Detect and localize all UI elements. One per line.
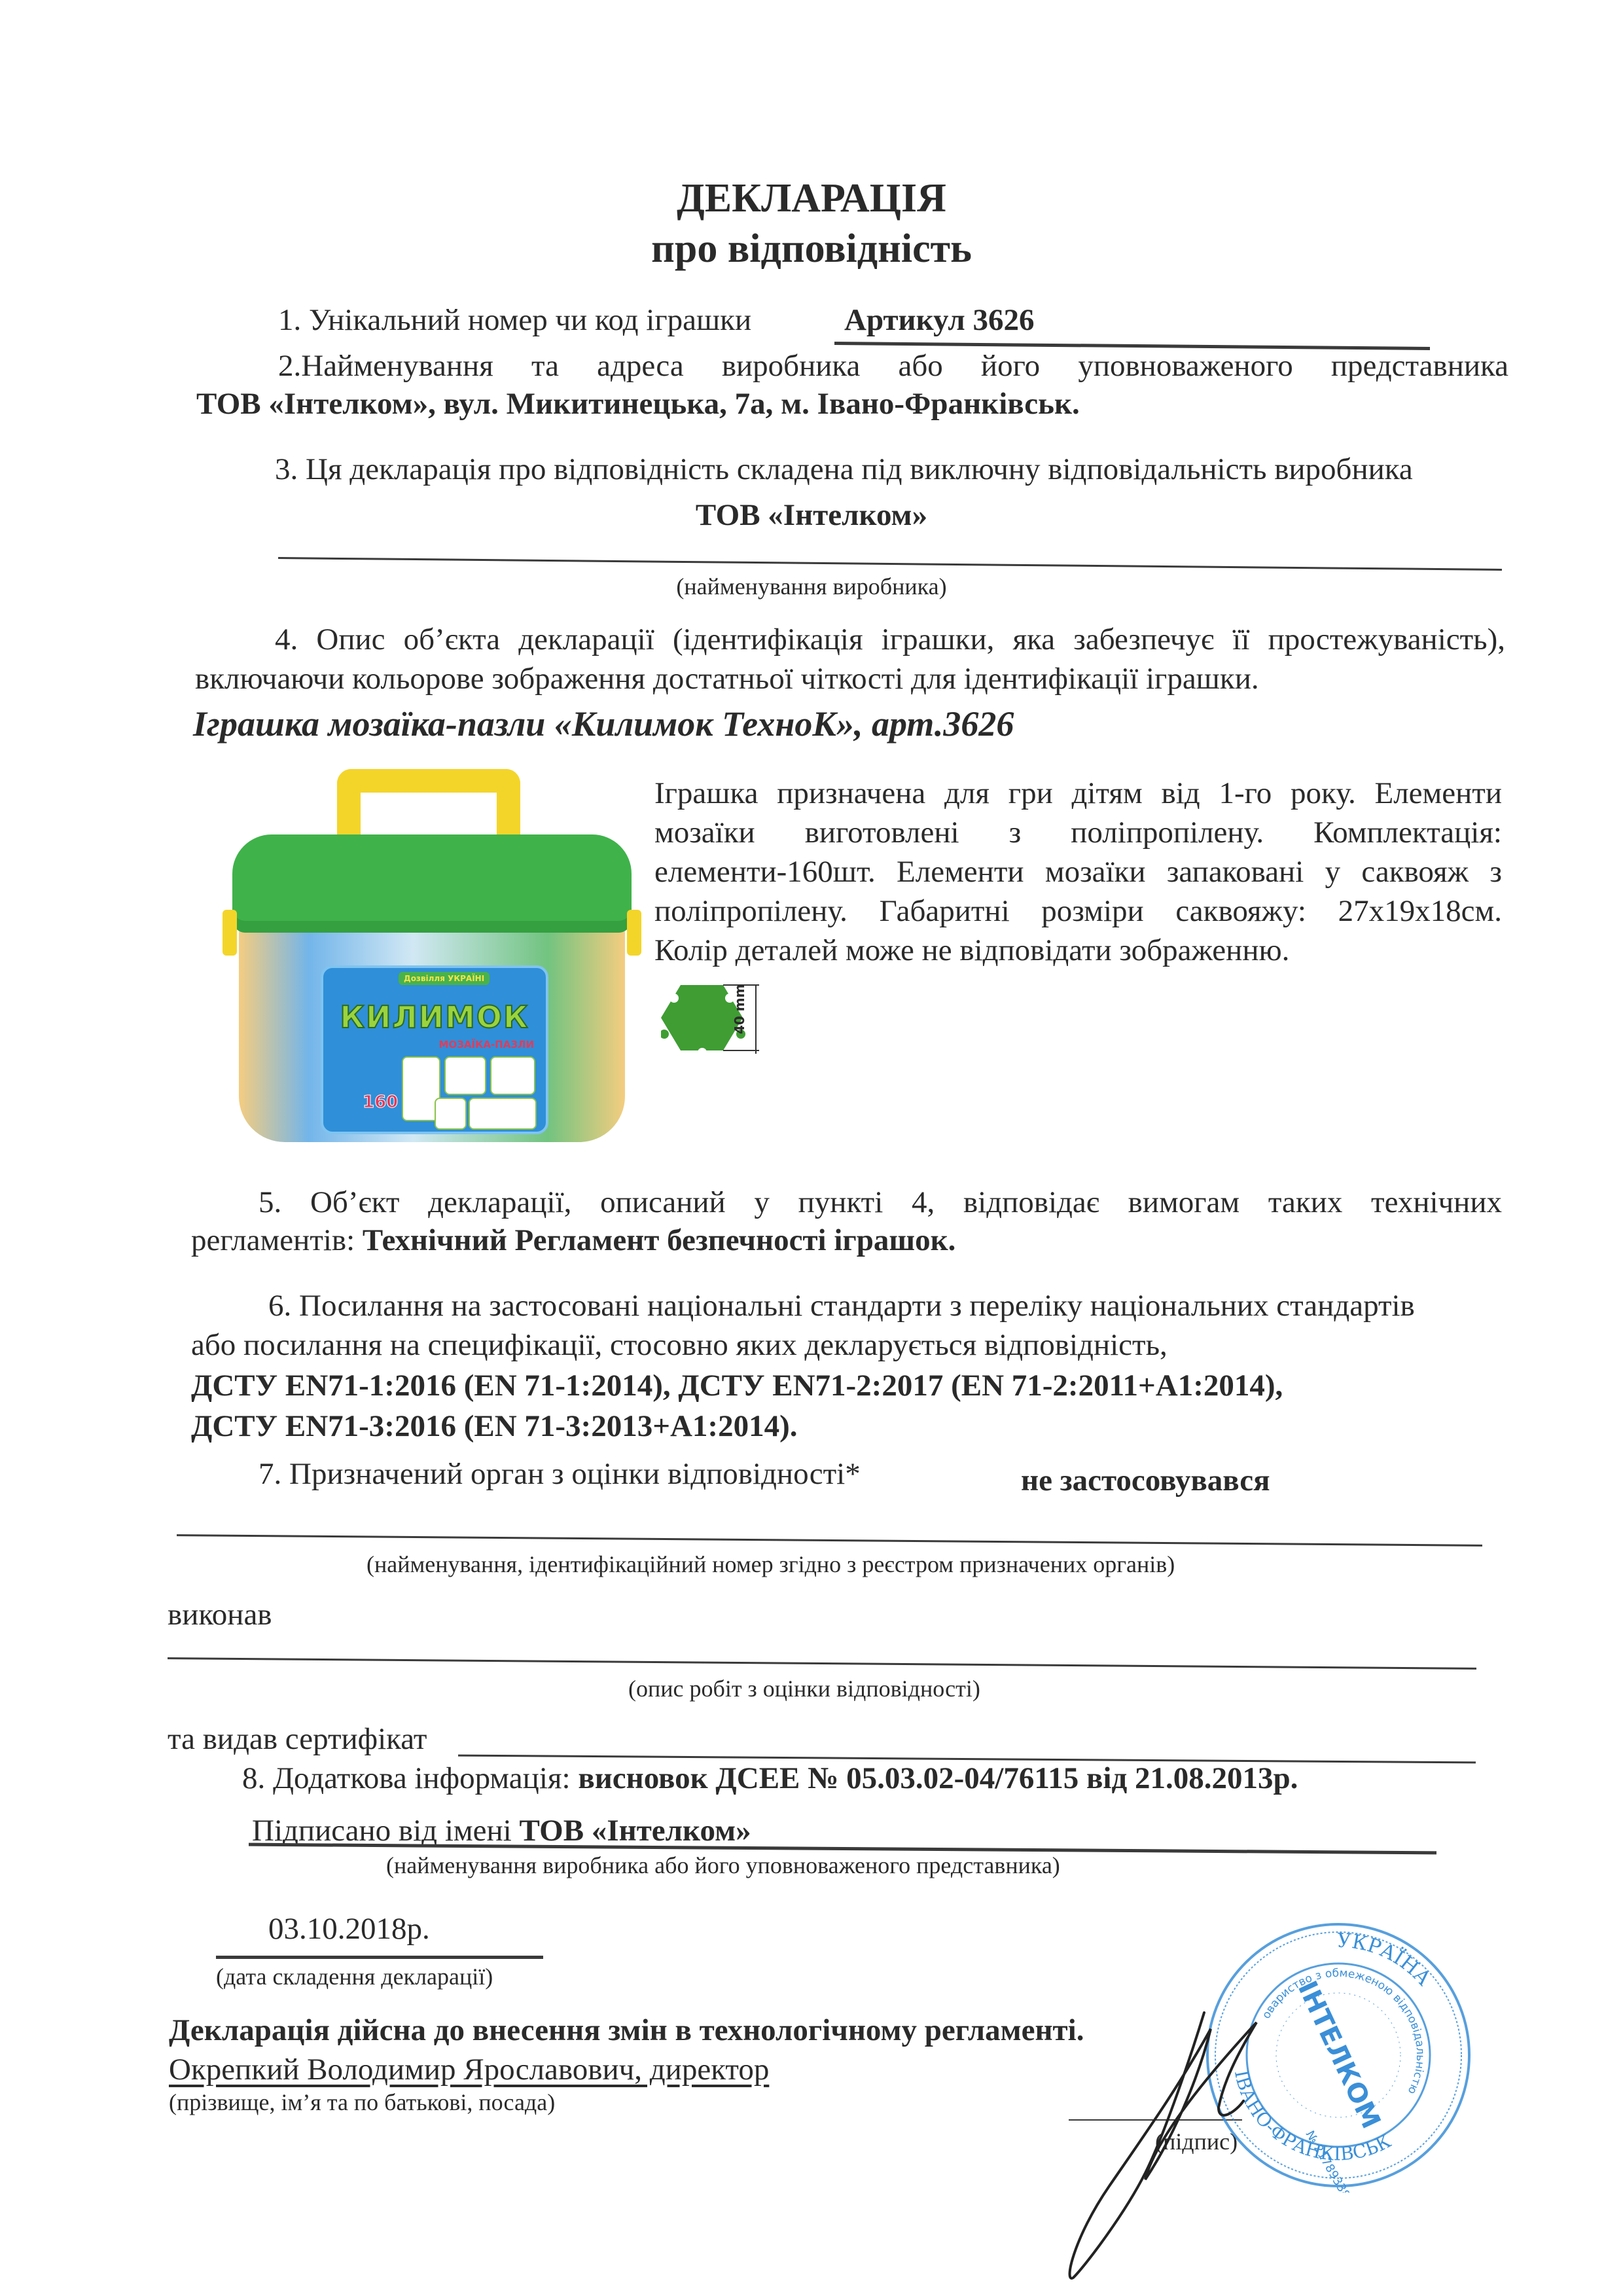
section7-certificate-label: та видав сертифікат [168,1721,427,1757]
product-image: Дозвілля УКРАЇНІ КИЛИМОК МОЗАЇКА-ПАЗЛИ 1… [223,769,641,1149]
product-name: Іграшка мозаїка-пазли «Килимок ТехноК», … [193,704,1014,744]
label-count: 160 [363,1092,398,1112]
section6-standards-line2: ДСТУ EN71-3:2016 (EN 71-3:2013+A1:2014). [191,1408,797,1444]
signature [1047,2003,1322,2284]
mosaic-piece-image: 40 mm [661,969,772,1060]
description-line-3: елементи-160шт. Елементи мозаїки запаков… [654,854,1502,889]
section5-line1: 5. Об’єкт декларації, описаний у пункті … [259,1185,1502,1220]
section6-line2: або посилання на специфікації, стосовно … [191,1327,1168,1363]
section4-label-line2: включаючи кольорове зображення достатньо… [195,661,1259,696]
section7-label: 7. Призначений орган з оцінки відповідно… [259,1456,861,1492]
product-label: Дозвілля УКРАЇНІ КИЛИМОК МОЗАЇКА-ПАЗЛИ 1… [321,965,548,1134]
section3-caption: (найменування виробника) [0,573,1623,600]
description-line-5: Колір деталей може не відповідати зображ… [654,933,1289,968]
section4-label-line1: 4. Опис об’єкта декларації (ідентифікаці… [275,622,1505,657]
document-title: ДЕКЛАРАЦІЯ [0,175,1623,222]
section5-line2: регламентів: Технічний Регламент безпечн… [191,1223,955,1258]
section7-value: не застосовувався [1021,1463,1270,1498]
case-clip-left [223,910,237,956]
section7-performed-label: виконав [168,1597,272,1632]
description-line-1: Іграшка призначена для гри дітям від 1-г… [654,776,1502,811]
section6-line1: 6. Посилання на застосовані національні … [268,1288,1415,1323]
section5-prefix: регламентів: [191,1223,355,1257]
section3-label: 3. Ця декларація про відповідність склад… [275,452,1413,487]
description-line-4: поліпропілену. Габаритні розміри саквояж… [654,893,1502,929]
section8-value: висновок ДСЕЕ № 05.03.02-04/76115 від 21… [578,1761,1298,1795]
section5-value: Технічний Регламент безпечності іграшок. [363,1223,955,1257]
label-picture-tractor [469,1098,537,1130]
signed-caption: (найменування виробника або його уповнов… [386,1852,1060,1879]
section1-label: 1. Унікальний номер чи код іграшки [278,302,751,338]
handwritten-signature-icon [1047,2003,1322,2284]
document-subtitle: про відповідність [0,226,1623,272]
declaration-date: 03.10.2018р. [268,1911,430,1946]
hexagon-piece-icon [661,969,772,1060]
case-lid [232,834,632,933]
label-subtitle: МОЗАЇКА-ПАЗЛИ [439,1039,534,1050]
date-caption: (дата складення декларації) [216,1964,493,1990]
label-title: КИЛИМОК [323,999,546,1035]
section1-value: Артикул 3626 [844,302,1035,338]
signatory-caption: (прізвище, ім’я та по батькові, посада) [169,2089,555,2116]
case-clip-right [627,910,641,956]
section7-underline-1 [177,1534,1482,1547]
description-line-2: мозаїки виготовлені з поліпропілену. Ком… [654,815,1502,850]
section2-value: ТОВ «Інтелком», вул. Микитинецька, 7а, м… [196,386,1080,422]
section2-label: 2.Найменування та адреса виробника або й… [278,348,1508,384]
section6-standards-line1: ДСТУ EN71-1:2016 (EN 71-1:2014), ДСТУ EN… [191,1368,1283,1403]
signatory-name: Окрепкий Володимир Ярославович, директор [169,2052,769,2087]
section8-line: 8. Додаткова інформація: висновок ДСЕЕ №… [242,1761,1298,1796]
validity-note: Декларація дійсна до внесення змін в тех… [169,2013,1084,2048]
label-picture-house [435,1098,467,1130]
section3-underline [278,557,1502,571]
section7-underline-2 [168,1657,1476,1670]
date-underline [216,1956,543,1959]
label-brand: Дозвілля УКРАЇНІ [399,972,490,985]
section7-caption2: (опис робіт з оцінки відповідності) [628,1676,980,1702]
signed-company: ТОВ «Інтелком» [519,1814,751,1848]
label-picture-snail [490,1056,535,1095]
section3-value: ТОВ «Інтелком» [0,497,1623,533]
section8-label: 8. Додаткова інформація: [242,1761,571,1795]
piece-dimension: 40 mm [732,984,747,1034]
label-picture-fish [444,1056,486,1095]
section7-caption1: (найменування, ідентифікаційний номер зг… [366,1551,1175,1578]
